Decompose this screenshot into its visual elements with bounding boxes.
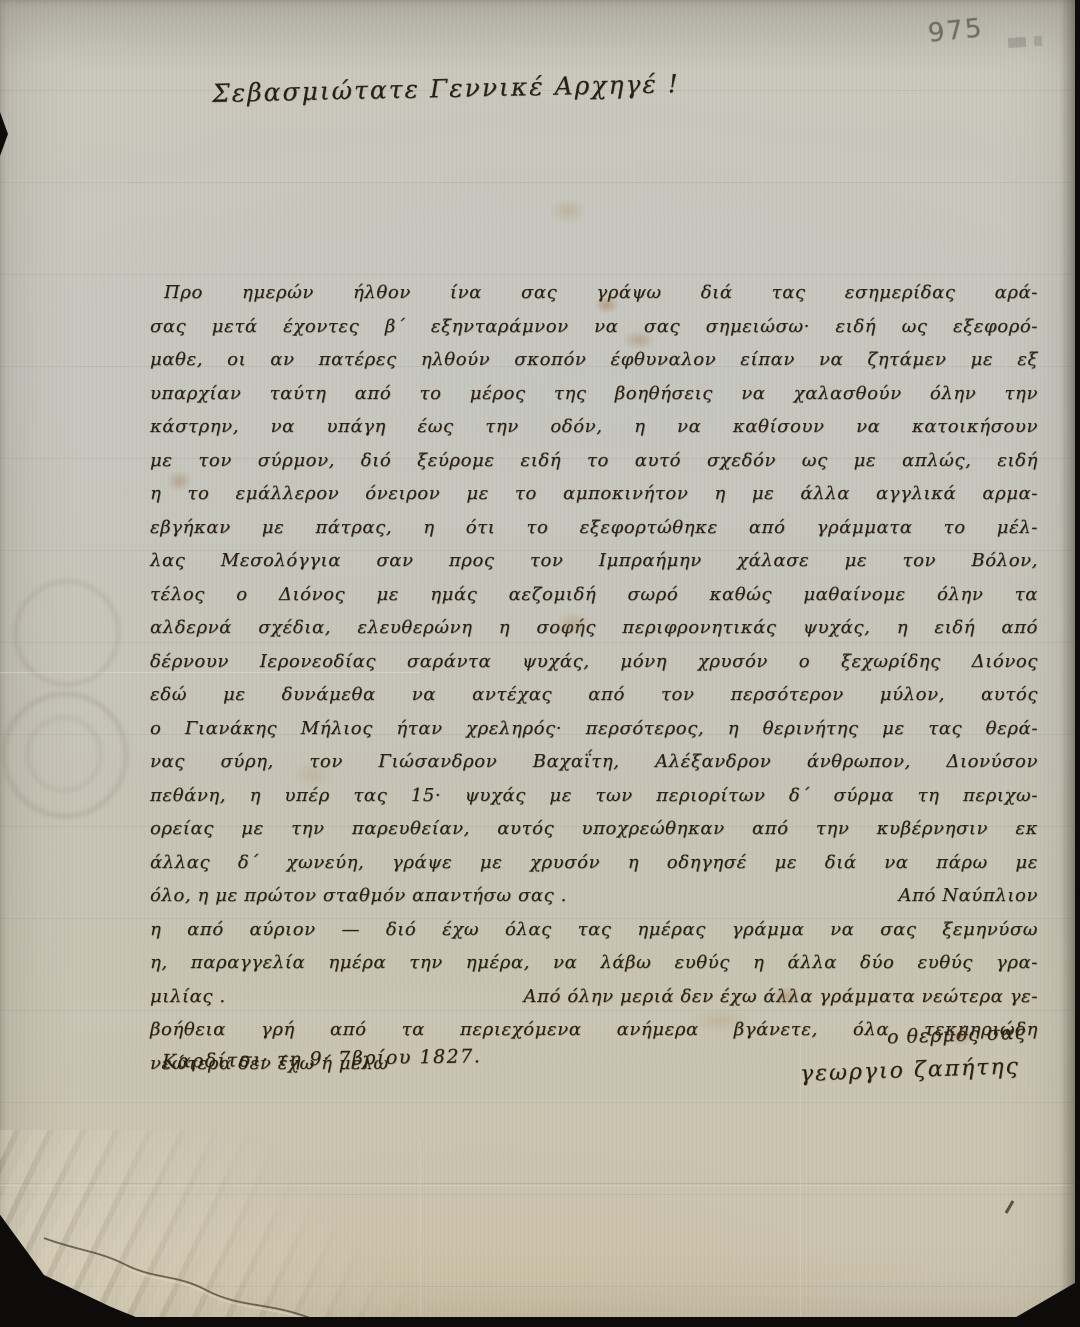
small-ink-tick — [1005, 1200, 1015, 1214]
letter-line-segment: Από Ναύπλιον — [898, 879, 1038, 913]
letter-line: νας σύρη, τον Γιώσανδρον Βαχαΐτη, Αλέξαν… — [150, 745, 1038, 779]
letter-line-segment: Από όλην μεριά δεν έχω άλλα γράμματα νεώ… — [524, 980, 1038, 1014]
letter-line: ο Γιανάκης Μήλιος ήταν χρεληρός· περσότε… — [150, 712, 1038, 746]
scan-backing-edge — [1075, 0, 1080, 1327]
vertical-fold-crease — [420, 1140, 422, 1327]
paper-edge-notch — [0, 112, 8, 156]
seal-show-through — [26, 716, 102, 792]
paper-top-shade — [0, 0, 1080, 70]
letter-line: άλλας δ΄ χωνεύη, γράψε με χρυσόν η οδηγη… — [150, 846, 1038, 880]
letter-line: δέρνουν Ιερονεοδίας σαράντα ψυχάς, μόνη … — [150, 645, 1038, 679]
seal-show-through — [2, 692, 128, 818]
letter-line: υπαρχίαν ταύτη από το μέρος της βοηθήσει… — [150, 377, 1038, 411]
torn-corner-backing — [0, 1190, 200, 1327]
letter-line: λας Μεσολόγγια σαν προς τον Ιμπραήμην χά… — [150, 544, 1038, 578]
letter-line: εδώ με δυνάμεθα να αντέχας από τον περσό… — [150, 678, 1038, 712]
scanned-letter: 975 Σεβασμιώτατε Γεννικέ Αρχηγέ ! Προ ημ… — [0, 0, 1080, 1327]
letter-line: η από αύριον — διό έχω όλας τας ημέρας γ… — [150, 913, 1038, 947]
letter-line: με τον σύρμον, διό ξεύρομε ειδή το αυτό … — [150, 444, 1038, 478]
letter-line: σας μετά έχοντες β΄ εξηνταράμνον να σας … — [150, 310, 1038, 344]
letter-line-segment: όλο, η με πρώτον σταθμόν απαντήσω σας . — [150, 879, 567, 913]
letter-line: Προ ημερών ήλθον ίνα σας γράψω διά τας ε… — [150, 276, 1038, 310]
letter-line: εβγήκαν με πάτρας, η ότι το εξεφορτώθηκε… — [150, 511, 1038, 545]
letter-line: μαθε, οι αν πατέρες ηλθούν σκοπόν έφθυνα… — [150, 343, 1038, 377]
paper-tear-crack — [0, 1180, 360, 1327]
letter-line: αλδερνά σχέδια, ελευθερώνη η σοφής περιφ… — [150, 611, 1038, 645]
horizontal-fold-crease — [0, 1183, 1080, 1186]
scan-backing-edge — [0, 1317, 1080, 1327]
letter-line: ορείας με την παρευθείαν, αυτός υποχρεώθ… — [150, 812, 1038, 846]
letter-line: η το εμάλλερον όνειρον με το αμποκινήτον… — [150, 477, 1038, 511]
letter-line: η, παραγγελία ημέρα την ημέρα, να λάβω ε… — [150, 946, 1038, 980]
letter-line-with-gap: όλο, η με πρώτον σταθμόν απαντήσω σας . … — [150, 879, 1038, 913]
letter-line: πεθάνη, η υπέρ τας 15· ψυχάς με των περι… — [150, 779, 1038, 813]
letter-line: κάστρην, να υπάγη έως την οδόν, η να καθ… — [150, 410, 1038, 444]
letter-body: Προ ημερών ήλθον ίνα σας γράψω διά τας ε… — [150, 276, 1038, 1080]
crumpled-paper-area — [0, 1130, 440, 1327]
letter-line-segment: μιλίας . — [150, 980, 226, 1014]
seal-show-through — [14, 580, 120, 686]
archive-number-pencil: 975 — [927, 13, 985, 49]
letter-line-with-gap: μιλίας . Από όλην μεριά δεν έχω άλλα γρά… — [150, 980, 1038, 1014]
letter-salutation: Σεβασμιώτατε Γεννικέ Αρχηγέ ! — [212, 69, 680, 108]
foxing-stain — [548, 198, 588, 224]
paper-edge-shadow — [1060, 0, 1075, 1327]
letter-line: τέλος ο Διόνος με ημάς αεζομιδή σωρό καθ… — [150, 578, 1038, 612]
torn-corner-backing — [990, 1280, 1080, 1327]
letter-paper: 975 Σεβασμιώτατε Γεννικέ Αρχηγέ ! Προ ημ… — [0, 0, 1080, 1327]
